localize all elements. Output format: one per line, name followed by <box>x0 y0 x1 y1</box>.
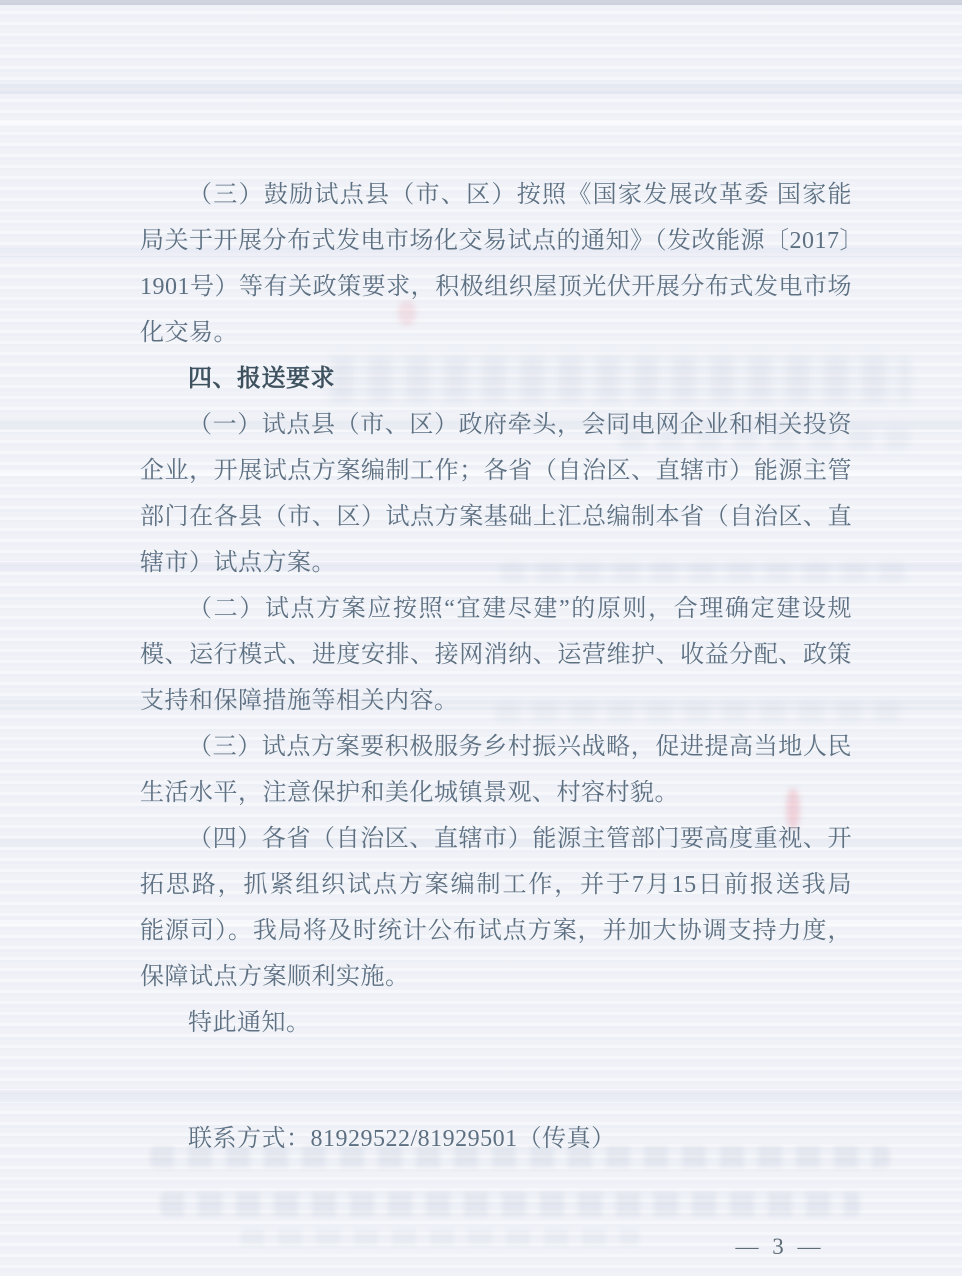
section-heading: 四、报送要求 <box>140 356 852 402</box>
document-body: （三）鼓励试点县（市、区）按照《国家发展改革委 国家能源 局关于开展分布式发电市… <box>140 172 852 1162</box>
scan-band <box>0 84 962 94</box>
closing-line: 特此通知。 <box>140 1000 852 1046</box>
scanned-document-page: （三）鼓励试点县（市、区）按照《国家发展改革委 国家能源 局关于开展分布式发电市… <box>0 0 962 1276</box>
page-number: — 3 — <box>700 1234 860 1260</box>
body-line: 辖市）试点方案。 <box>140 540 852 586</box>
scan-band <box>0 0 962 5</box>
body-line: 化交易。 <box>140 310 852 356</box>
body-line: 模、运行模式、进度安排、接网消纳、运营维护、收益分配、政策 <box>140 632 852 678</box>
body-line: 部门在各县（市、区）试点方案基础上汇总编制本省（自治区、直 <box>140 494 852 540</box>
body-line: 1901号）等有关政策要求，积极组织屋顶光伏开展分布式发电市场 <box>140 264 852 310</box>
body-line: 支持和保障措施等相关内容。 <box>140 678 852 724</box>
body-line: 能源司）。我局将及时统计公布试点方案，并加大协调支持力度， <box>140 908 852 954</box>
body-line: （四）各省（自治区、直辖市）能源主管部门要高度重视、开 <box>140 816 852 862</box>
body-line: 拓思路，抓紧组织试点方案编制工作，并于7月15日前报送我局（新 <box>140 862 852 908</box>
bleed-through-smudge <box>160 1192 860 1216</box>
bleed-through-smudge <box>240 1230 640 1245</box>
contact-line: 联系方式：81929522/81929501（传真） <box>140 1116 852 1162</box>
body-line: （一）试点县（市、区）政府牵头，会同电网企业和相关投资 <box>140 402 852 448</box>
body-line: （三）鼓励试点县（市、区）按照《国家发展改革委 国家能源 <box>140 172 852 218</box>
body-line: （三）试点方案要积极服务乡村振兴战略，促进提高当地人民 <box>140 724 852 770</box>
body-line: （二）试点方案应按照“宜建尽建”的原则，合理确定建设规 <box>140 586 852 632</box>
body-line: 保障试点方案顺利实施。 <box>140 954 852 1000</box>
body-line: 企业，开展试点方案编制工作；各省（自治区、直辖市）能源主管 <box>140 448 852 494</box>
scan-band <box>0 120 962 126</box>
body-line: 局关于开展分布式发电市场化交易试点的通知》（发改能源〔2017〕 <box>140 218 852 264</box>
body-line: 生活水平，注意保护和美化城镇景观、村容村貌。 <box>140 770 852 816</box>
vertical-gap <box>140 1046 852 1116</box>
